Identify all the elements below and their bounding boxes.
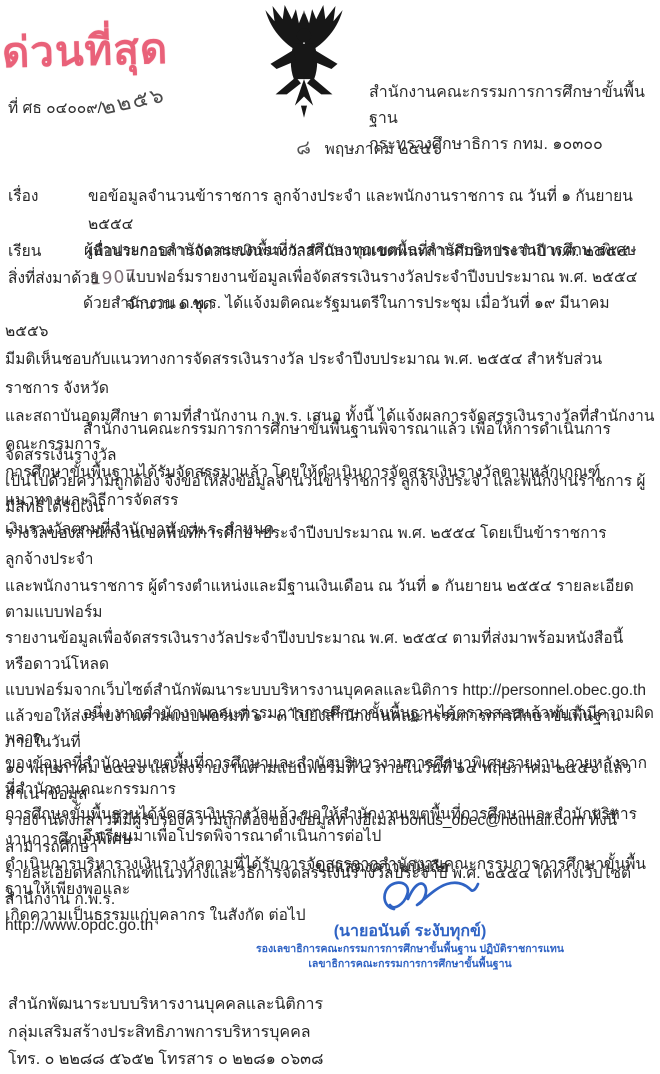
to-label: เรียน	[8, 238, 41, 263]
urgency-stamp: ด่วนที่สุด	[1, 16, 169, 86]
reference-number-line: ที่ ศธ ๐๔๐๐๙/๒๒๕๖	[8, 90, 167, 123]
to-text-main: ผู้อำนวยการสำนักงานเขตพื้นที่การศึกษาทุก…	[84, 242, 636, 259]
reference-handwritten-number: ๒๒๕๖	[98, 79, 168, 125]
garuda-emblem-icon	[243, 4, 365, 137]
official-letter-page: ด่วนที่สุด ที่ ศธ ๐๔๐๐๙/๒๒๕๖ สำนักงานคณะ	[0, 0, 660, 1074]
footer-contact-block: สำนักพัฒนาระบบบริหารงานบุคคลและนิติการ ก…	[8, 991, 323, 1074]
date-line: ๘พฤษภาคม ๒๕๕๖	[296, 133, 442, 163]
footer-phone: โทร. ๐ ๒๒๘๘ ๕๖๕๒ โทรสาร ๐ ๒๒๘๑ ๐๖๓๘	[8, 1046, 323, 1074]
date-month-year: พฤษภาคม ๒๕๕๖	[325, 141, 442, 158]
closing-line: จึงเรียนมาเพื่อโปรดพิจารณาดำเนินการต่อไป	[83, 824, 381, 851]
footer-office: สำนักพัฒนาระบบบริหารงานบุคคลและนิติการ	[8, 991, 323, 1019]
subject-label: เรื่อง	[8, 183, 39, 208]
signer-name: (นายอนันต์ ระงับทุกข์)	[240, 922, 580, 942]
attachment-label: สิ่งที่ส่งมาด้วย	[8, 265, 99, 290]
footer-group: กลุ่มเสริมสร้างประสิทธิภาพการบริหารบุคคล	[8, 1019, 323, 1047]
reference-prefix: ที่ ศธ ๐๔๐๐๙/	[8, 100, 102, 117]
signature-block: (นายอนันต์ ระงับทุกข์) รองเลขาธิการคณะกร…	[240, 922, 580, 972]
body-paragraph-3: อนึ่ง หากสำนักงานคณะกรรมการการศึกษาขั้นพ…	[5, 701, 657, 928]
office-name: สำนักงานคณะกรรมการการศึกษาขั้นพื้นฐาน	[369, 80, 660, 132]
handwritten-day: ๘	[294, 132, 313, 164]
signer-title-1: รองเลขาธิการคณะกรรมการการศึกษาขั้นพื้นฐา…	[240, 942, 580, 957]
signer-title-2: เลขาธิการคณะกรรมการการศึกษาขั้นพื้นฐาน	[240, 957, 580, 972]
